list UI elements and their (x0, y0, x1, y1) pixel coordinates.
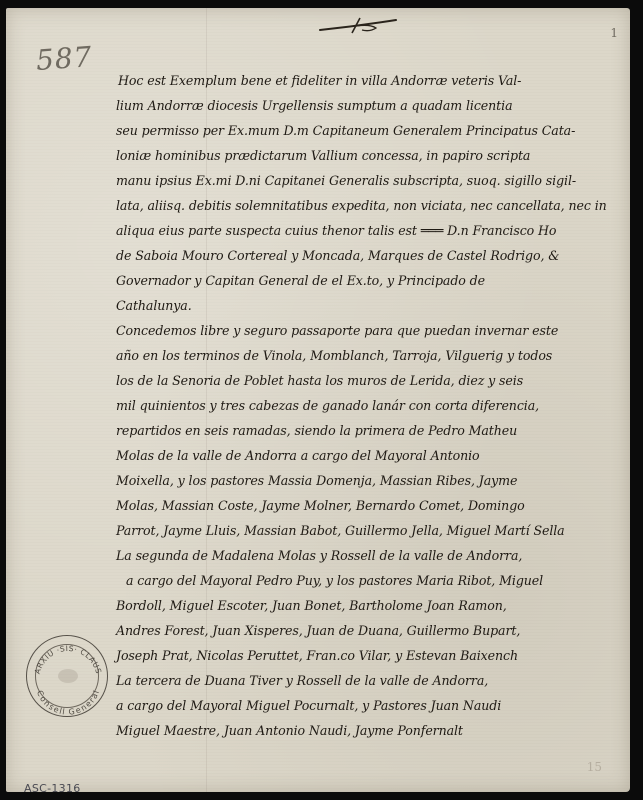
manuscript-line: Joseph Prat, Nicolas Peruttet, Fran.co V… (116, 643, 636, 668)
manuscript-line: Concedemos libre y seguro passaporte par… (116, 318, 636, 343)
stamp-bottom-text: Consell General (35, 689, 101, 717)
archive-stamp: ARXIU ·SIS· CLAUS Consell General (26, 635, 108, 717)
faint-margin-mark: 15 (587, 760, 602, 774)
manuscript-line: Molas, Massian Coste, Jayme Molner, Bern… (116, 493, 636, 518)
manuscript-line: Governador y Capitan General de el Ex.to… (116, 268, 636, 293)
manuscript-line: Cathalunya. (116, 293, 636, 318)
manuscript-line: Molas de la valle de Andorra a cargo del… (116, 443, 636, 468)
folio-number: 587 (35, 40, 94, 77)
manuscript-line: Hoc est Exemplum bene et fideliter in vi… (116, 68, 636, 93)
page-number: 1 (610, 26, 618, 40)
manuscript-line: Moixella, y los pastores Massia Domenja,… (116, 468, 636, 493)
manuscript-line: lium Andorræ diocesis Urgellensis sumptu… (116, 93, 636, 118)
manuscript-line: Bordoll, Miguel Escoter, Juan Bonet, Bar… (116, 593, 636, 618)
manuscript-page: 587 1 Hoc est Exemplum bene et fideliter… (6, 8, 630, 792)
manuscript-line: a cargo del Mayoral Pedro Puy, y los pas… (116, 568, 636, 593)
manuscript-line: repartidos en seis ramadas, siendo la pr… (116, 418, 636, 443)
manuscript-line: seu permisso per Ex.mum D.m Capitaneum G… (116, 118, 636, 143)
manuscript-line: manu ipsius Ex.mi D.ni Capitanei General… (116, 168, 636, 193)
manuscript-line: aliqua eius parte suspecta cuius thenor … (116, 218, 636, 243)
manuscript-line: a cargo del Mayoral Miguel Pocurnalt, y … (116, 693, 636, 718)
manuscript-line: Andres Forest, Juan Xisperes, Juan de Du… (116, 618, 636, 643)
manuscript-line: loniæ hominibus prædictarum Vallium conc… (116, 143, 636, 168)
catalog-reference: ASC-1316 (24, 782, 81, 795)
flourish-mark-icon (318, 16, 400, 34)
manuscript-line: de Saboia Mouro Cortereal y Moncada, Mar… (116, 243, 636, 268)
manuscript-line: La tercera de Duana Tiver y Rossell de l… (116, 668, 636, 693)
svg-text:Consell General: Consell General (35, 689, 101, 717)
manuscript-text: Hoc est Exemplum bene et fideliter in vi… (116, 68, 636, 743)
manuscript-line: Miguel Maestre, Juan Antonio Naudi, Jaym… (116, 718, 636, 743)
manuscript-line: mil quinientos y tres cabezas de ganado … (116, 393, 636, 418)
stamp-text-icon: ARXIU ·SIS· CLAUS Consell General (27, 636, 109, 718)
manuscript-line: Parrot, Jayme Lluis, Massian Babot, Guil… (116, 518, 636, 543)
manuscript-line: La segunda de Madalena Molas y Rossell d… (116, 543, 636, 568)
manuscript-line: año en los terminos de Vinola, Momblanch… (116, 343, 636, 368)
manuscript-line: los de la Senoria de Poblet hasta los mu… (116, 368, 636, 393)
manuscript-line: lata, aliisq. debitis solemnitatibus exp… (116, 193, 636, 218)
